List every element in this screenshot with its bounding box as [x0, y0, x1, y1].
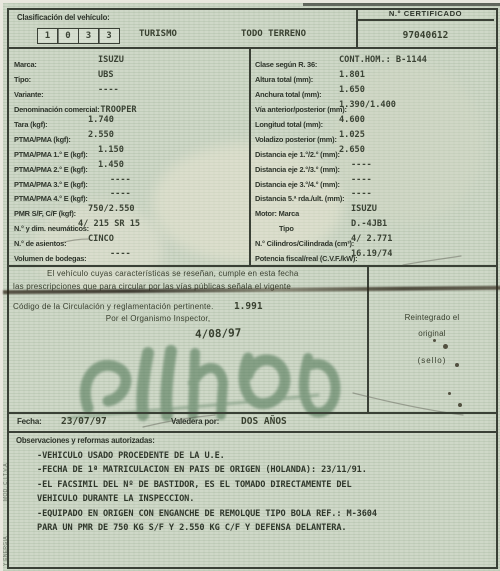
margin-print-bottom: Y ENERGIA [3, 521, 9, 566]
observation-line: -EQUIPADO EN ORIGEN CON ENGANCHE DE REMO… [37, 507, 492, 521]
fecha-row-bottom-line [7, 431, 496, 433]
valedera-value: DOS AÑOS [241, 416, 287, 427]
observation-line: -EL FACSIMIL DEL Nº DE BASTIDOR, ES EL T… [37, 478, 492, 492]
observation-line: VEHICULO DURANTE LA INSPECCION. [37, 492, 492, 506]
fecha-row-top-line [7, 412, 496, 414]
paper-background: Clasificación del vehículo: 1033 TURISMO… [3, 3, 500, 571]
margin-print-top: MOD. C.I.T.V.A [3, 441, 9, 501]
observation-line: -VEHICULO USADO PROCEDENTE DE LA U.E. [37, 449, 492, 463]
valedera-label: Valedera por: [171, 417, 219, 426]
observations-block: -VEHICULO USADO PROCEDENTE DE LA U.E. -F… [37, 449, 492, 535]
observation-line: -FECHA DE 1ª MATRICULACION EN PAIS DE OR… [37, 463, 492, 477]
observations-title: Observaciones y reformas autorizadas: [16, 436, 155, 445]
scan-edge-strip [303, 3, 500, 6]
fecha-label: Fecha: [17, 417, 42, 426]
fecha-value: 23/07/97 [61, 416, 107, 427]
observation-line: PARA UN PMR DE 750 KG S/F Y 2.550 KG C/F… [37, 521, 492, 535]
vehicle-inspection-card: Clasificación del vehículo: 1033 TURISMO… [0, 0, 500, 571]
